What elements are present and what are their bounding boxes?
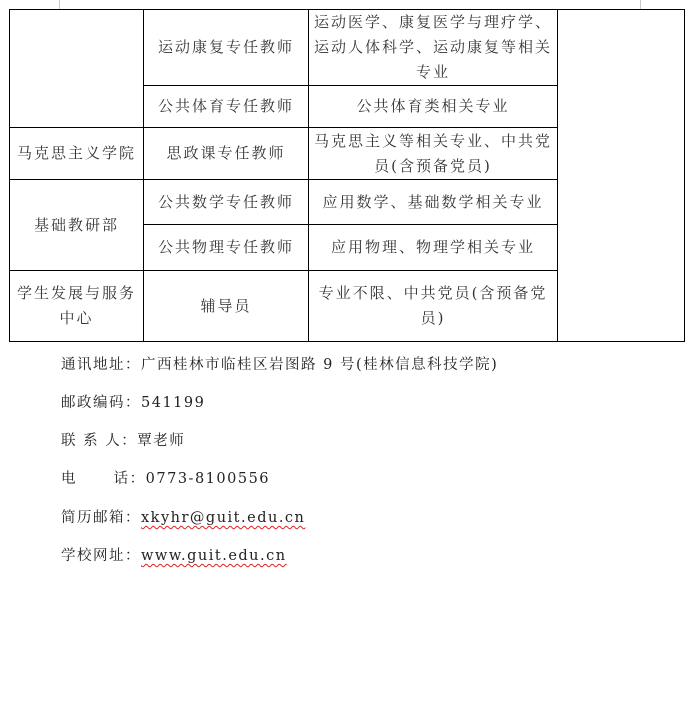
- contact-label: 联 系 人：: [61, 429, 137, 450]
- dept-cell: [10, 10, 144, 128]
- email-link[interactable]: xkyhr@guit.edu.cn: [141, 510, 305, 526]
- position-cell: 辅导员: [144, 271, 309, 342]
- email-line: 简历邮箱：xkyhr@guit.edu.cn: [61, 506, 305, 527]
- note-cell: [558, 10, 685, 342]
- website-line: 学校网址：www.guit.edu.cn: [61, 544, 287, 565]
- dept-cell: 马克思主义学院: [10, 128, 144, 180]
- postcode-label: 邮政编码：: [61, 391, 141, 412]
- postcode-line: 邮政编码：541199: [61, 391, 205, 412]
- website-label: 学校网址：: [61, 544, 141, 565]
- phone-value: 0773-8100556: [146, 471, 270, 487]
- dept-cell: 学生发展与服务中心: [10, 271, 144, 342]
- position-cell: 思政课专任教师: [144, 128, 309, 180]
- phone-label: 电 话：: [61, 467, 146, 488]
- email-label: 简历邮箱：: [61, 506, 141, 527]
- position-cell: 公共数学专任教师: [144, 180, 309, 225]
- position-cell: 公共体育专任教师: [144, 86, 309, 128]
- address-value: 广西桂林市临桂区岩图路 9 号(桂林信息科技学院): [141, 357, 498, 373]
- requirement-cell: 运动医学、康复医学与理疗学、运动人体科学、运动康复等相关专业: [309, 10, 558, 86]
- postcode-value: 541199: [141, 395, 205, 411]
- phone-line: 电 话：0773-8100556: [61, 467, 270, 488]
- position-cell: 公共物理专任教师: [144, 225, 309, 271]
- contact-line: 联 系 人：覃老师: [61, 429, 185, 450]
- margin-mark-right: [640, 0, 641, 9]
- position-cell: 运动康复专任教师: [144, 10, 309, 86]
- requirement-cell: 公共体育类相关专业: [309, 86, 558, 128]
- contact-value: 覃老师: [137, 433, 185, 449]
- dept-cell: 基础教研部: [10, 180, 144, 271]
- website-link[interactable]: www.guit.edu.cn: [141, 548, 287, 564]
- address-line: 通讯地址：广西桂林市临桂区岩图路 9 号(桂林信息科技学院): [61, 353, 498, 374]
- requirement-cell: 应用数学、基础数学相关专业: [309, 180, 558, 225]
- table-row: 运动康复专任教师 运动医学、康复医学与理疗学、运动人体科学、运动康复等相关专业: [10, 10, 685, 86]
- requirement-cell: 应用物理、物理学相关专业: [309, 225, 558, 271]
- requirement-cell: 马克思主义等相关专业、中共党员(含预备党员): [309, 128, 558, 180]
- recruitment-table: 运动康复专任教师 运动医学、康复医学与理疗学、运动人体科学、运动康复等相关专业 …: [9, 9, 685, 342]
- requirement-cell: 专业不限、中共党员(含预备党员): [309, 271, 558, 342]
- address-label: 通讯地址：: [61, 353, 141, 374]
- margin-mark-left: [59, 0, 60, 9]
